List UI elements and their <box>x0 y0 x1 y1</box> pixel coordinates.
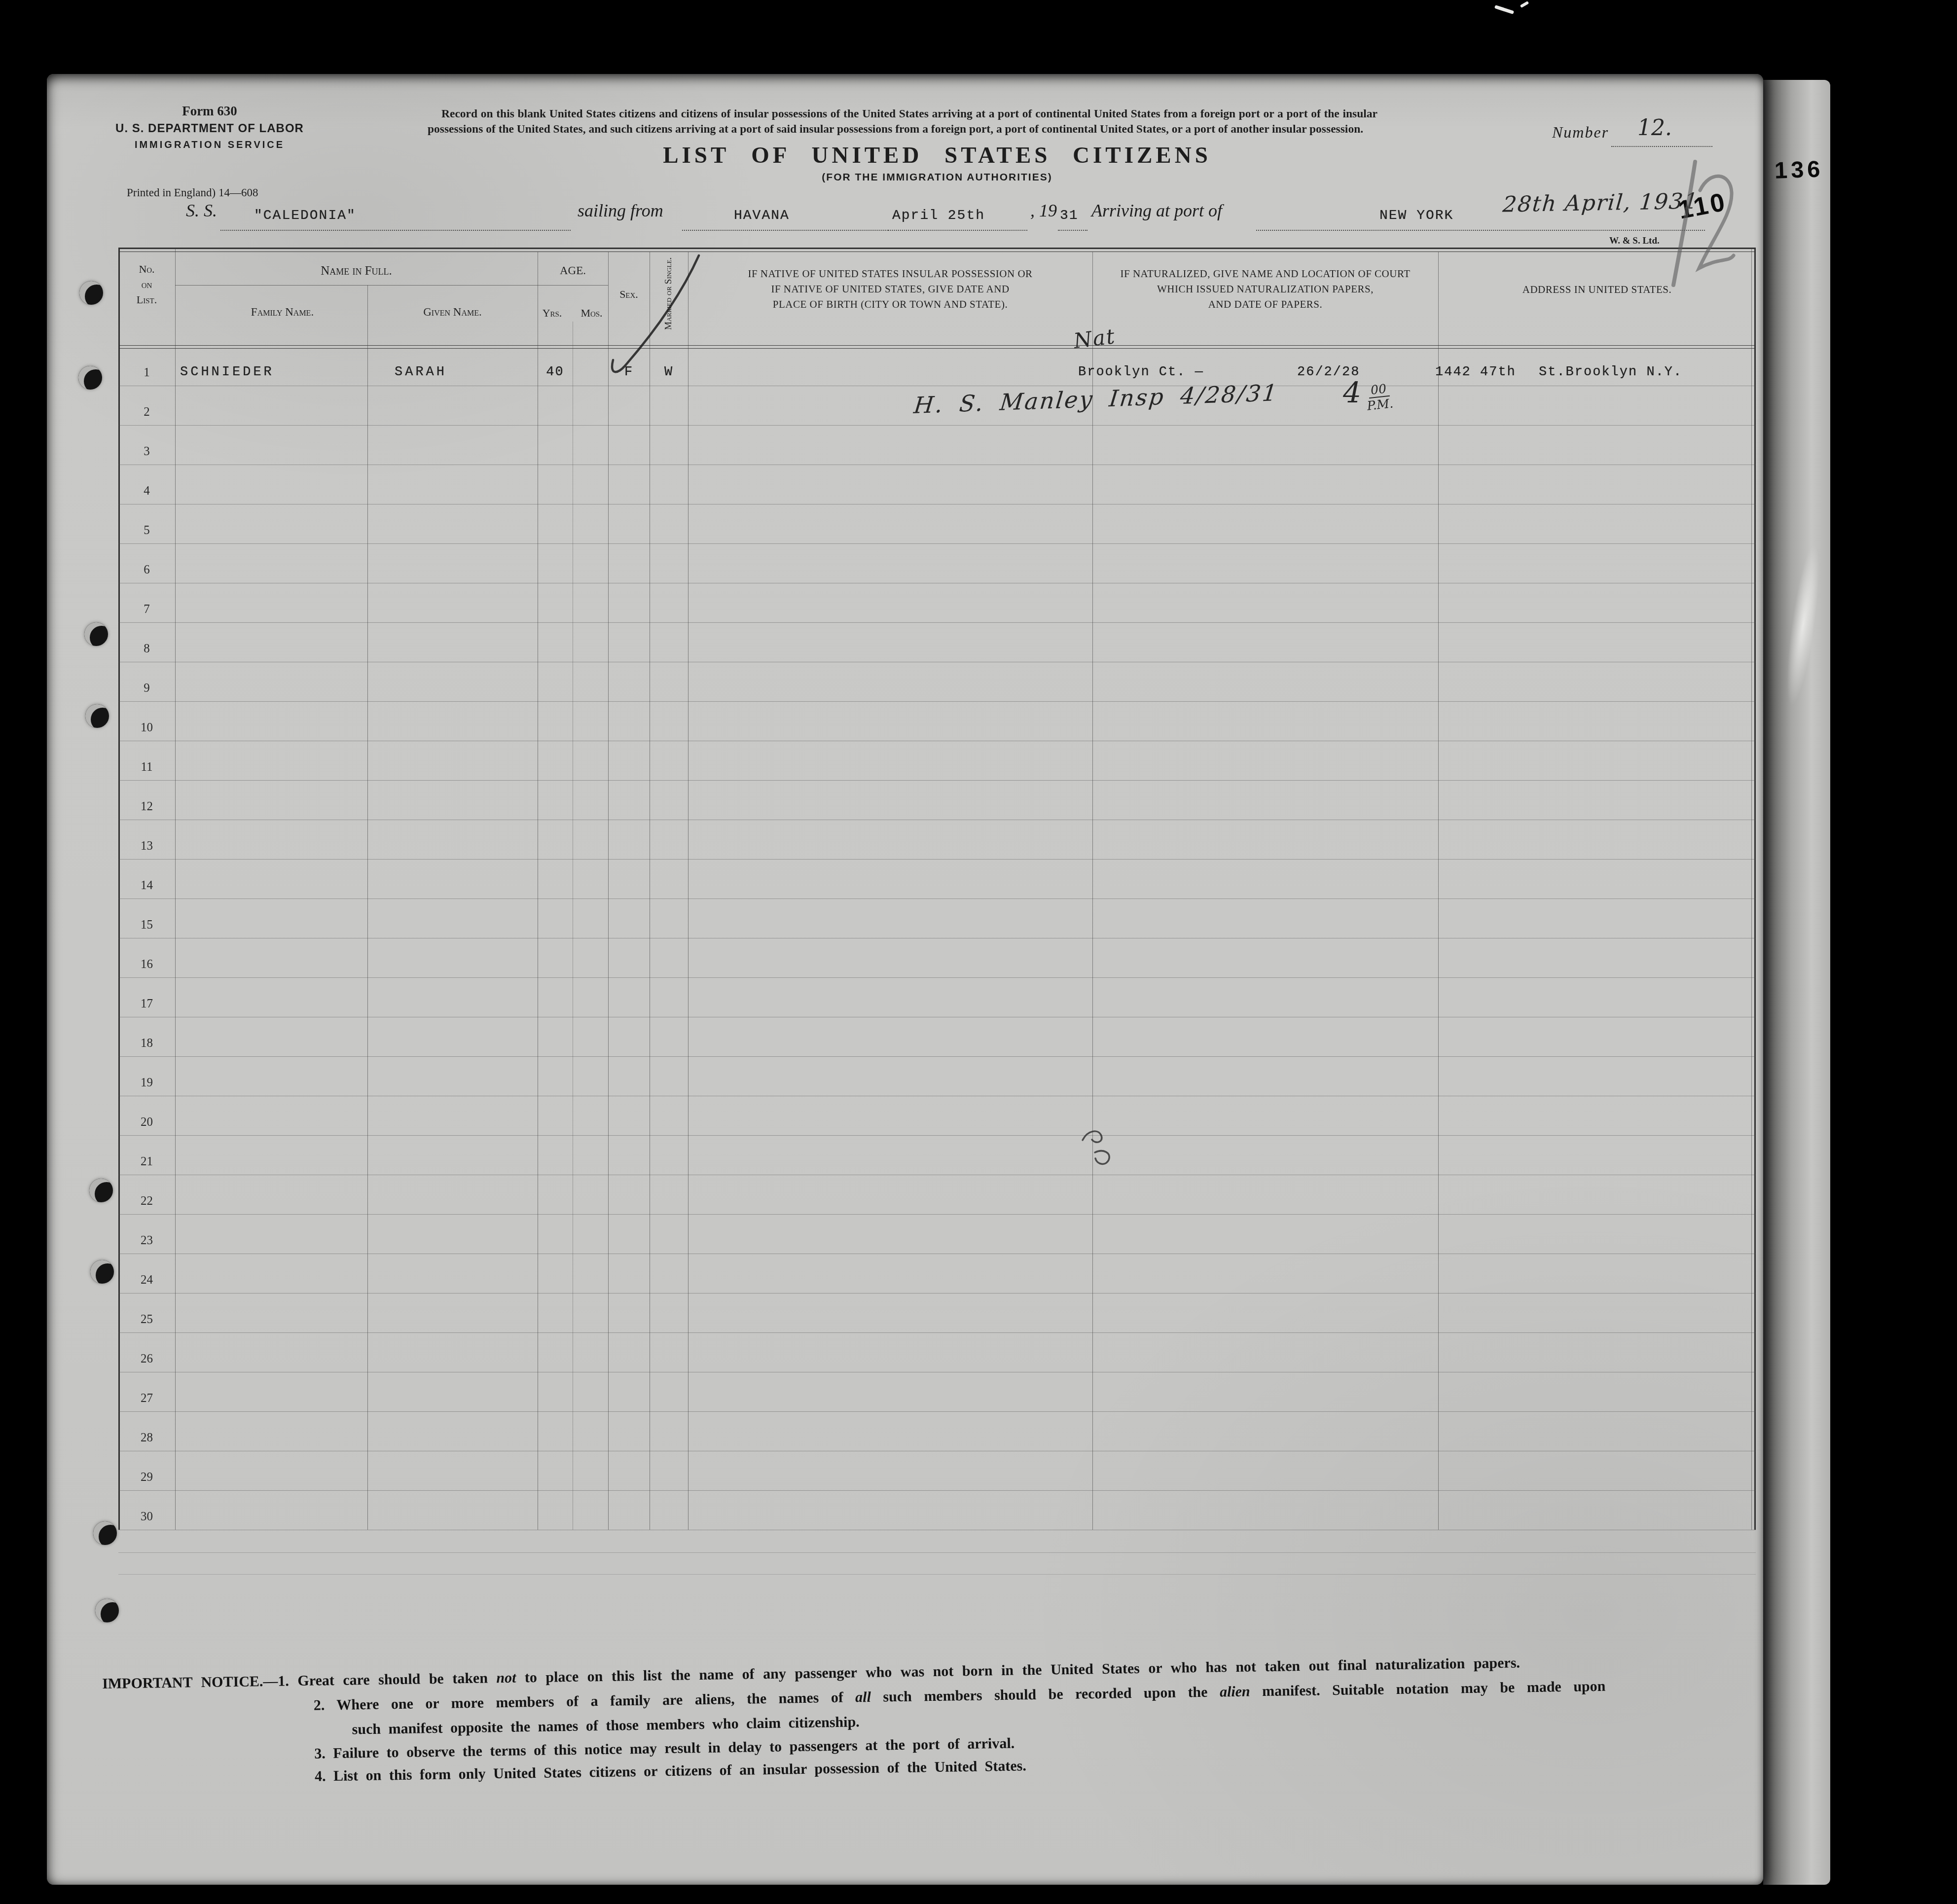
table-row: 21 <box>118 1135 1756 1175</box>
table-row: 10 <box>118 701 1756 741</box>
col-header-family-name: Family Name. <box>197 306 367 319</box>
row-number: 1 <box>118 346 175 386</box>
punch-hole <box>90 1260 114 1284</box>
table-row: 20 <box>118 1096 1756 1136</box>
table-row: 1SCHNIEDERSARAH40FWBrooklyn Ct. —26/2/28… <box>118 346 1756 386</box>
table-row: 16 <box>118 938 1756 978</box>
table-row: 13 <box>118 820 1756 860</box>
row-number: 11 <box>118 741 175 780</box>
table-row: 8 <box>118 622 1756 662</box>
row-number: 5 <box>118 504 175 543</box>
year-value: 31 <box>1060 208 1079 223</box>
table-row: 3 <box>118 425 1756 465</box>
table-row: 17 <box>118 977 1756 1017</box>
manifest-paper: Form 630 U. S. DEPARTMENT OF LABOR IMMIG… <box>47 74 1763 1885</box>
row-number: 28 <box>118 1411 175 1451</box>
punch-hole <box>93 1521 117 1545</box>
row-number: 16 <box>118 938 175 977</box>
notice-line-3: such manifest opposite the names of thos… <box>352 1714 860 1738</box>
page-curl-highlight <box>1780 542 1825 707</box>
table-row: 28 <box>118 1411 1756 1451</box>
col-header-naturalization: IF NATURALIZED, GIVE NAME AND LOCATION O… <box>1092 266 1438 312</box>
row-number: 30 <box>118 1490 175 1530</box>
row-number: 22 <box>118 1175 175 1214</box>
row-number: 13 <box>118 820 175 859</box>
punch-hole <box>95 1599 119 1622</box>
table-row: 18 <box>118 1017 1756 1057</box>
page-title: LIST OF UNITED STATES CITIZENS <box>543 142 1332 169</box>
scanned-manifest-page: { "scan": { "folio_stamp": "136", "page_… <box>0 0 1957 1904</box>
row-number: 15 <box>118 898 175 938</box>
sailing-date-field: April 25th <box>888 201 1027 231</box>
col-header-age-months: Mos. <box>571 307 612 320</box>
table-rule <box>118 1574 1756 1575</box>
table-row: 14 <box>118 859 1756 899</box>
punch-hole <box>89 1179 113 1202</box>
col-header-married-or-single: Married or Single. <box>663 271 674 330</box>
table-row: 29 <box>118 1451 1756 1491</box>
table-row: 22 <box>118 1175 1756 1215</box>
notice-line-5: 4. List on this form only United States … <box>315 1758 1026 1785</box>
row-number: 25 <box>118 1293 175 1332</box>
sex-cell: F <box>608 365 650 380</box>
table-rule <box>118 1552 1756 1553</box>
folio-stamp: 136 <box>1774 155 1824 183</box>
address-street-cell: 1442 47th <box>1435 365 1516 380</box>
table-row: 25 <box>118 1293 1756 1333</box>
department-name: U. S. DEPARTMENT OF LABOR <box>110 122 309 136</box>
col-header-birthplace: IF NATIVE OF UNITED STATES INSULAR POSSE… <box>688 266 1092 312</box>
row-number: 17 <box>118 977 175 1017</box>
punch-hole <box>79 281 103 305</box>
row-number: 27 <box>118 1372 175 1411</box>
row-number: 12 <box>118 780 175 820</box>
row-number: 10 <box>118 701 175 741</box>
table-rule <box>175 285 608 286</box>
year-prefix-label: , 19 <box>1030 200 1057 221</box>
year-field: 31 <box>1058 201 1087 231</box>
col-header-address: ADDRESS IN UNITED STATES. <box>1438 282 1756 297</box>
number-label: Number <box>1552 123 1609 142</box>
punch-hole <box>85 704 109 728</box>
row-number: 4 <box>118 465 175 504</box>
printed-in-england-note: Printed in England) 14—608 <box>127 186 258 199</box>
marital-status-cell: W <box>650 365 688 380</box>
row-number: 6 <box>118 543 175 583</box>
naturalization-court-cell: Brooklyn Ct. — <box>1078 365 1204 380</box>
row-number: 2 <box>118 386 175 425</box>
notice-label: IMPORTANT NOTICE.— <box>102 1673 278 1692</box>
family-name-cell: SCHNIEDER <box>180 365 274 380</box>
row-number: 7 <box>118 583 175 622</box>
table-row: 27 <box>118 1372 1756 1412</box>
address-city-cell: St.Brooklyn N.Y. <box>1539 365 1682 380</box>
port-of-arrival: NEW YORK <box>1379 208 1453 223</box>
record-instructions: Record on this blank United States citiz… <box>428 107 1377 137</box>
naturalized-annotation: Nat <box>1072 324 1117 353</box>
table-row: 15 <box>118 898 1756 938</box>
punch-hole <box>78 366 102 390</box>
next-page-edge <box>1763 80 1830 1885</box>
sailing-from-label: sailing from <box>578 200 663 221</box>
age-years-cell: 40 <box>538 365 573 380</box>
printer-mark: W. & S. Ltd. <box>1609 236 1660 247</box>
table-row: 6 <box>118 543 1756 583</box>
service-name: IMMIGRATION SERVICE <box>110 140 309 151</box>
manifest-table: No. on List. Name in Full. Family Name. … <box>118 248 1756 1531</box>
scan-scratch <box>1520 1 1529 8</box>
row-number: 9 <box>118 662 175 701</box>
port-of-departure: HAVANA <box>734 208 790 223</box>
sailing-date: April 25th <box>892 208 985 223</box>
col-header-given-name: Given Name. <box>367 306 538 319</box>
table-row: 4 <box>118 465 1756 504</box>
row-number: 20 <box>118 1096 175 1135</box>
scan-scratch <box>1494 5 1514 14</box>
arriving-label: Arriving at port of <box>1091 200 1222 221</box>
col-header-no-on-list: No. on List. <box>118 261 175 307</box>
col-header-sex: Sex. <box>608 288 650 301</box>
form-identification: Form 630 U. S. DEPARTMENT OF LABOR IMMIG… <box>110 104 309 151</box>
row-number: 21 <box>118 1135 175 1175</box>
table-rule <box>118 251 1756 252</box>
col-header-age: AGE. <box>538 264 608 277</box>
arrival-date-handwritten: 28th April, 1931 <box>1502 188 1700 217</box>
col-header-name-in-full: Name in Full. <box>175 264 538 278</box>
page-subtitle: (FOR THE IMMIGRATION AUTHORITIES) <box>543 172 1332 183</box>
punch-hole <box>84 622 108 646</box>
table-row: 12 <box>118 780 1756 820</box>
row-number: 8 <box>118 622 175 662</box>
ship-name-field: "CALEDONIA" <box>220 201 571 231</box>
table-rule <box>118 248 1756 249</box>
row-number: 3 <box>118 425 175 465</box>
row-number: 24 <box>118 1254 175 1293</box>
row-number: 19 <box>118 1056 175 1096</box>
table-row: 7 <box>118 583 1756 623</box>
table-row: 19 <box>118 1056 1756 1096</box>
given-name-cell: SARAH <box>395 365 447 380</box>
row-number: 23 <box>118 1214 175 1254</box>
table-row: 5 <box>118 504 1756 544</box>
table-row: 26 <box>118 1332 1756 1372</box>
row-number: 29 <box>118 1451 175 1490</box>
important-notice: IMPORTANT NOTICE.—1. Great care should b… <box>102 1651 1754 1676</box>
ss-label: S. S. <box>186 200 217 221</box>
time-annotation: 400P.M. <box>1343 376 1392 412</box>
table-rule <box>118 345 1756 346</box>
ship-name: "CALEDONIA" <box>254 208 356 223</box>
number-value-handwritten: 12. <box>1637 115 1672 141</box>
departure-port-field: HAVANA <box>682 201 888 231</box>
row-number: 18 <box>118 1017 175 1056</box>
table-row: 30 <box>118 1490 1756 1530</box>
table-row: 23 <box>118 1214 1756 1254</box>
notice-line-4: 3. Failure to observe the terms of this … <box>314 1735 1015 1762</box>
table-row: 9 <box>118 662 1756 702</box>
row-number: 14 <box>118 859 175 898</box>
row-number: 26 <box>118 1332 175 1372</box>
form-number: Form 630 <box>110 104 309 119</box>
table-row: 11 <box>118 741 1756 781</box>
table-row: 24 <box>118 1254 1756 1293</box>
